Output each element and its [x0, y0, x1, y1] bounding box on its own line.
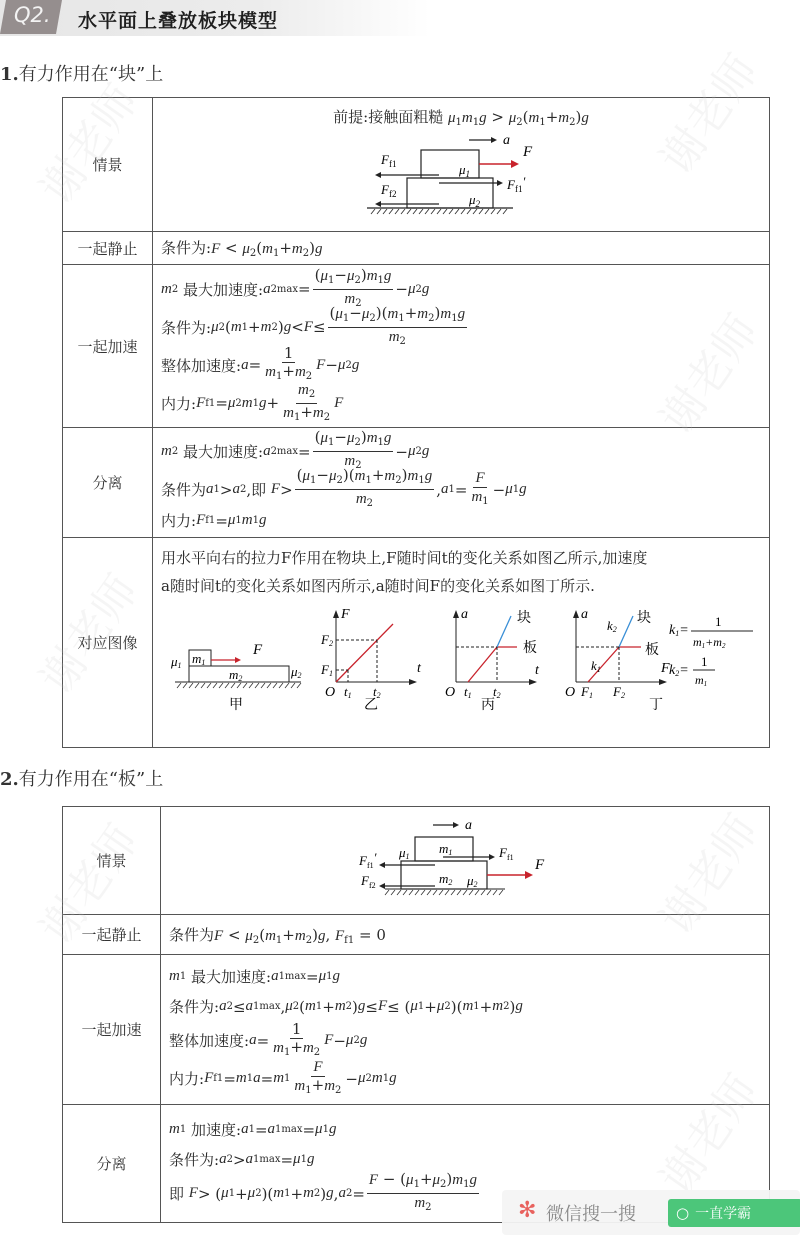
graph-bing: a O t1 t2 t 块 板 丙: [445, 607, 540, 713]
row-separate: 分离 m2 最大加速度:a2max = (μ1−μ2)m1gm2 − μ2g 条…: [63, 428, 770, 538]
svg-text:μ1: μ1: [458, 162, 470, 179]
formula-line: 内力:Ff1 = m1a = m1Fm1+m2 − μ2m1g: [169, 1060, 761, 1098]
svg-text:F: F: [340, 607, 350, 622]
svg-text:k1: k1: [591, 658, 601, 674]
row-label: 一起加速: [63, 955, 161, 1105]
svg-text:Ff1: Ff1: [498, 845, 514, 862]
svg-text:F: F: [252, 642, 263, 658]
svg-text:μ2: μ2: [290, 664, 302, 680]
graphs-description-1: 用水平向右的拉力F作用在物块上,F随时间t的变化关系如图乙所示,加速度: [161, 544, 761, 572]
formula-line: m1 加速度:a1 = a1max = μ1g: [169, 1115, 761, 1145]
svg-text:t1: t1: [464, 684, 472, 700]
svg-text:1: 1: [715, 614, 722, 629]
wechat-search-text: 微信搜一搜: [546, 1200, 636, 1226]
svg-text:块: 块: [637, 610, 651, 626]
row-accelerate-together: 一起加速 m2 最大加速度:a2max = (μ1−μ2)m1gm2 − μ2g…: [63, 265, 770, 428]
page-title: 水平面上叠放板块模型: [78, 6, 278, 33]
diagram-jia: m1 m2 F μ1 μ2 甲: [170, 642, 302, 713]
svg-text:乙: 乙: [364, 697, 378, 713]
section-1-number: 1.: [0, 64, 19, 85]
row-scene: 情景 a m1 μ1 Ff1 m2 μ2 Ff1′ Ff2 F: [63, 807, 770, 915]
svg-text:Ff2: Ff2: [380, 182, 396, 199]
svg-text:板: 板: [523, 639, 537, 656]
svg-text:Ff1′: Ff1′: [358, 850, 377, 870]
formula-prefix: 即: [169, 1183, 184, 1204]
wechat-search-button[interactable]: ○一直学霸: [668, 1199, 800, 1227]
svg-text:F1: F1: [320, 662, 333, 678]
row-accelerate-together: 一起加速 m1 最大加速度:a1max = μ1g 条件为:a2 ≤ a1max…: [63, 955, 770, 1105]
graphs-figure: m1 m2 F μ1 μ2 甲 F: [161, 604, 761, 739]
row-scene: 情景 前提:接触面粗糙 μ1m1g > μ2(m1+m2)g a F Ff1 μ…: [63, 98, 770, 232]
formula-line: m2 最大加速度:a2max = (μ1−μ2)m1gm2 − μ2g: [161, 270, 761, 308]
svg-text:F: F: [534, 857, 545, 873]
svg-text:t: t: [535, 663, 540, 678]
svg-text:Ff1′: Ff1′: [506, 174, 525, 194]
condition-text: 条件为:: [161, 239, 211, 257]
question-number: Q2.: [14, 3, 51, 27]
premise: 前提:接触面粗糙 μ1m1g > μ2(m1+m2)g: [161, 106, 761, 128]
formula-line: m2 最大加速度:a2max = (μ1−μ2)m1gm2 − μ2g: [161, 433, 761, 471]
svg-text:Ff1: Ff1: [380, 152, 396, 169]
svg-text:μ2: μ2: [468, 192, 481, 209]
formula-mid: ,即: [246, 479, 266, 500]
formula-line: 内力:Ff1 = μ2m1g + m2m1+m2F: [161, 384, 761, 422]
graphs-description-2: a随时间t的变化关系如图丙所示,a随时间F的变化关系如图丁所示.: [161, 572, 761, 600]
formula-prefix: 最大加速度:: [183, 441, 263, 462]
svg-text:m2: m2: [229, 667, 242, 683]
svg-text:k1=: k1=: [669, 623, 689, 638]
svg-text:μ1: μ1: [170, 654, 182, 670]
scene-diagram-block-force: a F Ff1 μ1 Ff1′ Ff2 μ2: [351, 132, 571, 222]
row-static: 一起静止 条件为:F < μ2(m1+m2)g: [63, 232, 770, 265]
svg-text:a: a: [461, 607, 468, 622]
svg-text:t1: t1: [344, 684, 352, 700]
formula-line: 条件为:a2 ≤ a1max, μ2(m1+m2)g ≤ F ≤ (μ1+μ2)…: [169, 992, 761, 1022]
svg-text:μ1: μ1: [398, 845, 410, 861]
svg-text:丁: 丁: [649, 697, 663, 713]
svg-text:Ff2: Ff2: [360, 873, 376, 890]
svg-text:块: 块: [517, 610, 531, 626]
formula-prefix: 条件为: [161, 479, 206, 500]
scene-diagram-board-force: a m1 μ1 Ff1 m2 μ2 Ff1′ Ff2 F: [355, 813, 575, 905]
row-label: 一起静止: [63, 915, 161, 955]
section-2-table: 情景 a m1 μ1 Ff1 m2 μ2 Ff1′ Ff2 F: [62, 806, 770, 1223]
formula-line: m1 最大加速度:a1max = μ1g: [169, 962, 761, 992]
svg-text:F1: F1: [580, 684, 593, 700]
section-2-title: 2.有力作用在“板”上: [0, 765, 163, 791]
svg-text:a: a: [503, 133, 510, 148]
svg-text:F2: F2: [320, 632, 333, 648]
graph-yi: F F2 F1 O t1 t2 t 乙: [320, 607, 422, 713]
row-graphs: 对应图像 用水平向右的拉力F作用在物块上,F随时间t的变化关系如图乙所示,加速度…: [63, 538, 770, 748]
row-label: 一起静止: [63, 232, 153, 265]
row-label: 分离: [63, 428, 153, 538]
svg-text:F2: F2: [612, 684, 625, 700]
question-tag: Q2.: [0, 0, 62, 34]
search-icon: ○: [676, 1204, 689, 1222]
graph-ding: a O F1 F2 F k1 k2 块 板 k1= 1 m1+m2 k2= 1: [565, 607, 753, 713]
row-label: 对应图像: [63, 538, 153, 748]
svg-text:μ2: μ2: [466, 873, 478, 889]
svg-text:O: O: [565, 685, 575, 700]
wechat-search-icon: ✻: [518, 1198, 536, 1223]
formula-prefix: 加速度:: [191, 1119, 241, 1140]
svg-text:t: t: [417, 661, 422, 676]
wechat-search-bar[interactable]: ✻ 微信搜一搜 ○一直学霸: [502, 1190, 800, 1235]
svg-text:k2=: k2=: [669, 663, 689, 678]
svg-text:1: 1: [701, 654, 708, 669]
row-label: 一起加速: [63, 265, 153, 428]
formula-line: 内力:Ff1 = μ1m1g: [161, 509, 761, 533]
svg-text:丙: 丙: [481, 697, 495, 713]
row-label: 情景: [63, 98, 153, 232]
section-1-title: 1.有力作用在“块”上: [0, 60, 163, 86]
svg-text:板: 板: [645, 641, 659, 658]
svg-text:F: F: [522, 144, 533, 160]
svg-text:甲: 甲: [229, 697, 243, 713]
premise-text: 前提:接触面粗糙: [333, 108, 443, 126]
formula-line: 整体加速度:a = 1m1+m2F − μ2g: [169, 1022, 761, 1060]
search-button-label: 一直学霸: [695, 1203, 751, 1223]
svg-text:m1+m2: m1+m2: [693, 635, 726, 650]
svg-text:a: a: [465, 818, 472, 833]
formula-line: 条件为:μ2(m1+m2)g < F ≤ (μ1−μ2)(m1+m2)m1gm2: [161, 308, 761, 346]
formula-prefix: 整体加速度:: [169, 1030, 249, 1051]
svg-text:m1: m1: [695, 673, 707, 688]
formula-prefix: 条件为:: [169, 1149, 219, 1170]
formula-line: 整体加速度:a = 1m1+m2F − μ2g: [161, 346, 761, 384]
svg-text:m1: m1: [439, 841, 452, 857]
condition-text: 条件为: [169, 926, 214, 944]
section-2-number: 2.: [0, 769, 19, 790]
svg-text:k2: k2: [607, 618, 617, 634]
svg-text:m2: m2: [439, 871, 452, 887]
formula-prefix: 条件为:: [161, 317, 211, 338]
formula-prefix: 整体加速度:: [161, 355, 241, 376]
row-static: 一起静止 条件为F < μ2(m1+m2)g, Ff1 = 0: [63, 915, 770, 955]
svg-text:O: O: [445, 685, 455, 700]
formula-line: 条件为:a2 > a1max = μ1g: [169, 1145, 761, 1175]
row-label: 分离: [63, 1105, 161, 1223]
formula-prefix: 内力:: [161, 393, 196, 414]
formula-prefix: 最大加速度:: [183, 279, 263, 300]
formula-prefix: 最大加速度:: [191, 966, 271, 987]
row-label: 情景: [63, 807, 161, 915]
section-1-heading: 有力作用在“块”上: [19, 64, 163, 85]
formula-prefix: 条件为:: [169, 996, 219, 1017]
section-1-table: 情景 前提:接触面粗糙 μ1m1g > μ2(m1+m2)g a F Ff1 μ…: [62, 97, 770, 748]
svg-text:O: O: [325, 685, 335, 700]
formula-prefix: 内力:: [161, 510, 196, 531]
formula-line: 条件为a1 > a2,即 F > (μ1−μ2)(m1+m2)m1gm2, a1…: [161, 471, 761, 509]
section-2-heading: 有力作用在“板”上: [19, 769, 163, 790]
formula-prefix: 内力:: [169, 1068, 204, 1089]
svg-text:m1: m1: [192, 651, 205, 667]
svg-text:a: a: [581, 607, 588, 622]
